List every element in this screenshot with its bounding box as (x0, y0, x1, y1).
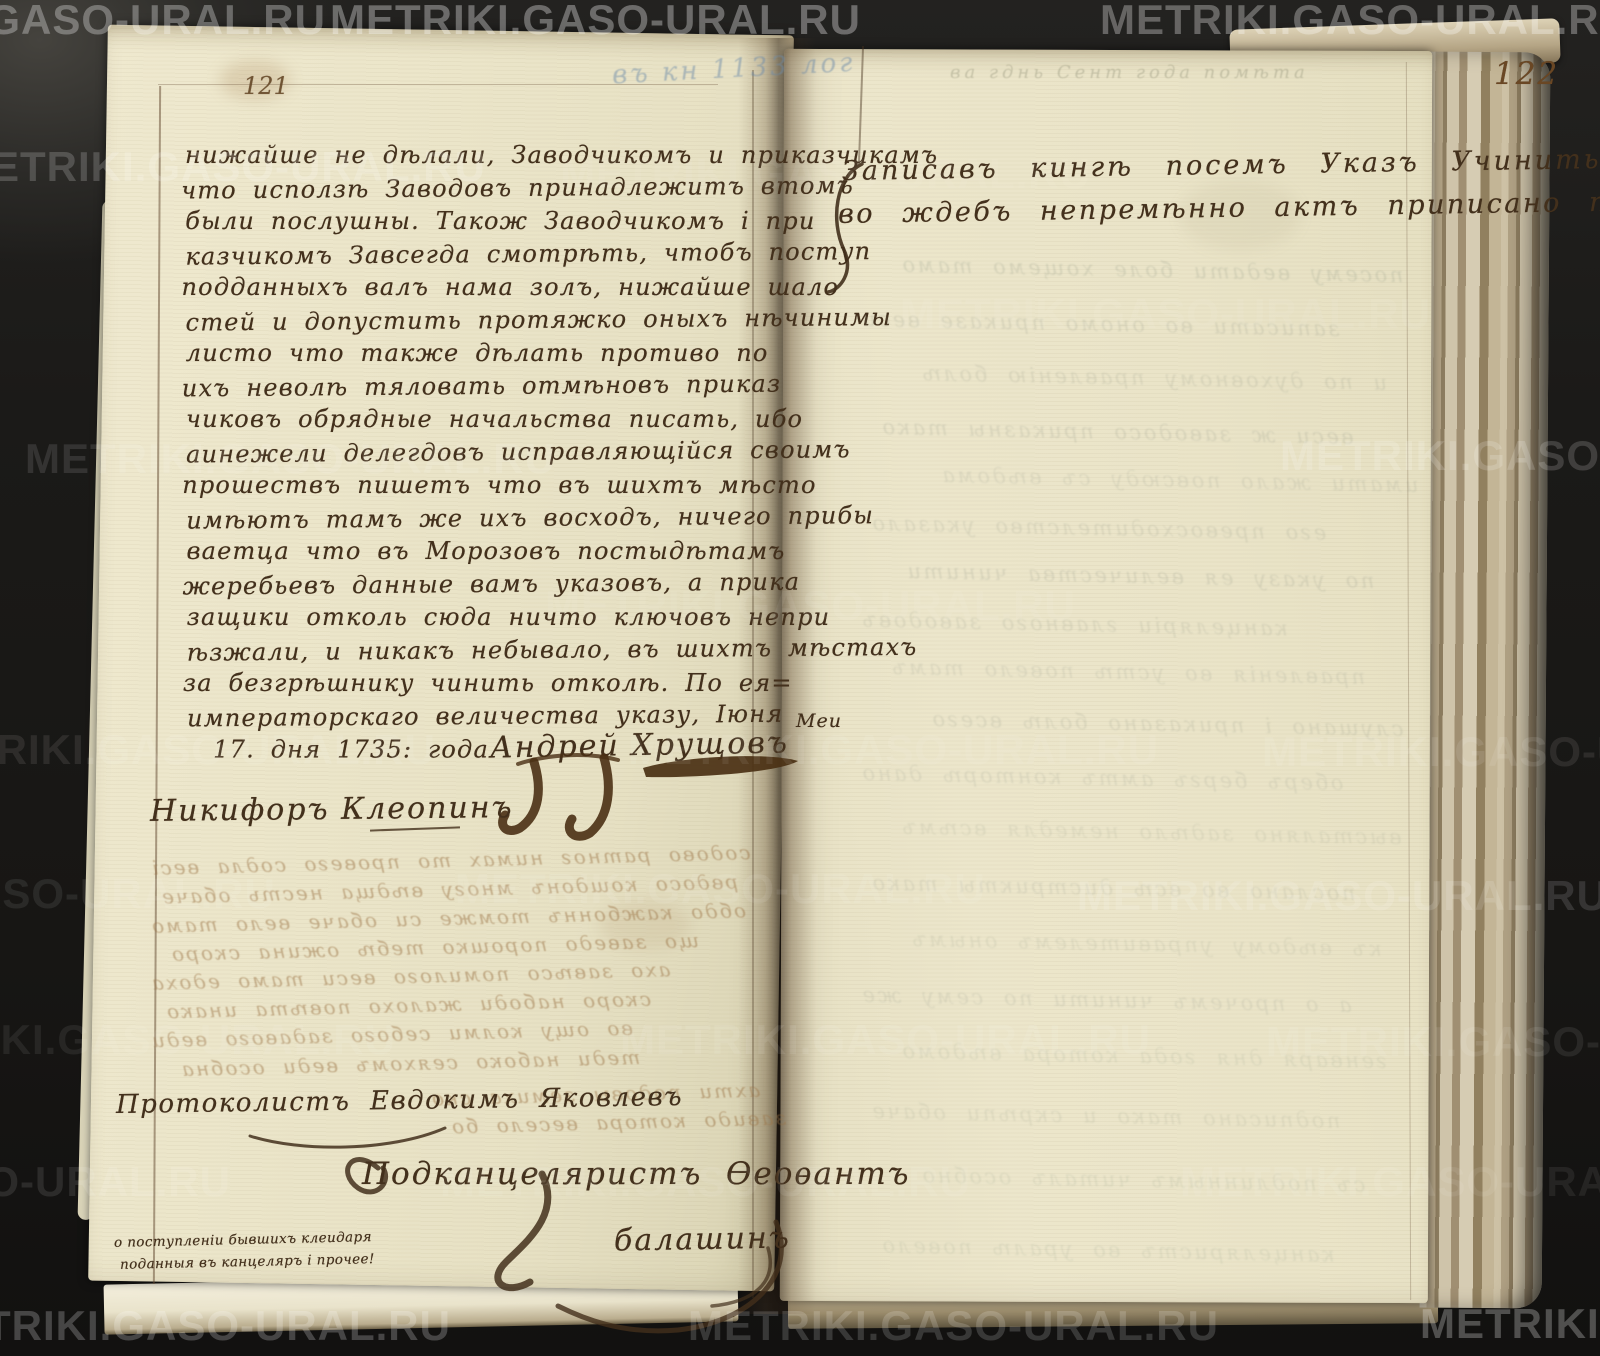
manuscript-line: за безгрѣшнику чинить отколѣ. По ея= (183, 669, 793, 702)
signature-flourish (478, 716, 808, 856)
manuscript-line: аинежели делегдовъ исправляющійся своимъ (186, 435, 851, 473)
manuscript-line: были послушны. Також Заводчикомъ i при (185, 207, 815, 240)
right-top-ghost-line: ва гднь Сент года помѣта (950, 62, 1309, 83)
manuscript-line: чиковъ обрядные начальства писать, ибо (186, 405, 803, 438)
book-fore-edge-stack (1420, 52, 1551, 1309)
clerk-flourish (330, 1130, 800, 1340)
manuscript-body-text: нижайше не дѣлали, Заводчикомъ и приказч… (185, 140, 797, 142)
manuscript-line: прошествъ пишетъ что въ шихтъ мѣсто (182, 471, 816, 504)
manuscript-photo: 121 въ кн 1133 лог нижайше не дѣлали, За… (0, 0, 1600, 1356)
manuscript-line: что исползѣ Заводовъ принадлежитъ втомъ (181, 171, 854, 209)
manuscript-line: листо что также дѣлать противо по (186, 339, 769, 372)
manuscript-line: ваетца что въ Морозовъ постыдѣтамъ (186, 537, 785, 570)
resolution-initial-flourish (822, 150, 882, 300)
manuscript-line: ѣзжали, и никакъ небывало, въ шихтъ мѣст… (187, 633, 918, 672)
manuscript-line: стей и допустить протяжко оныхъ нѣчинимы (186, 303, 893, 342)
manuscript-line: ихъ неволѣ тяловать отмѣновъ приказ (182, 370, 782, 408)
signature-kleopin: Никифоръ Клеопинъ (150, 790, 514, 829)
manuscript-line: подданныхъ валъ нама золъ, нижайше шало (182, 273, 840, 306)
gutter-margin-word: Меи (796, 710, 842, 732)
manuscript-line: жеребьевъ данные вамъ указовъ, а прика (182, 568, 800, 606)
manuscript-line: 17. дня 1735: года (213, 735, 489, 768)
manuscript-line: защики отколь сюда ничто ключовъ непри (187, 603, 831, 636)
manuscript-line: имѣютъ тамъ же ихъ восходъ, ничего прибы (186, 501, 874, 539)
manuscript-line: казчикомъ Завсегда смотрѣть, чтобъ посту… (185, 237, 871, 275)
faint-folio-number: 121 (243, 72, 289, 100)
folio-number: 122 (1494, 56, 1559, 92)
